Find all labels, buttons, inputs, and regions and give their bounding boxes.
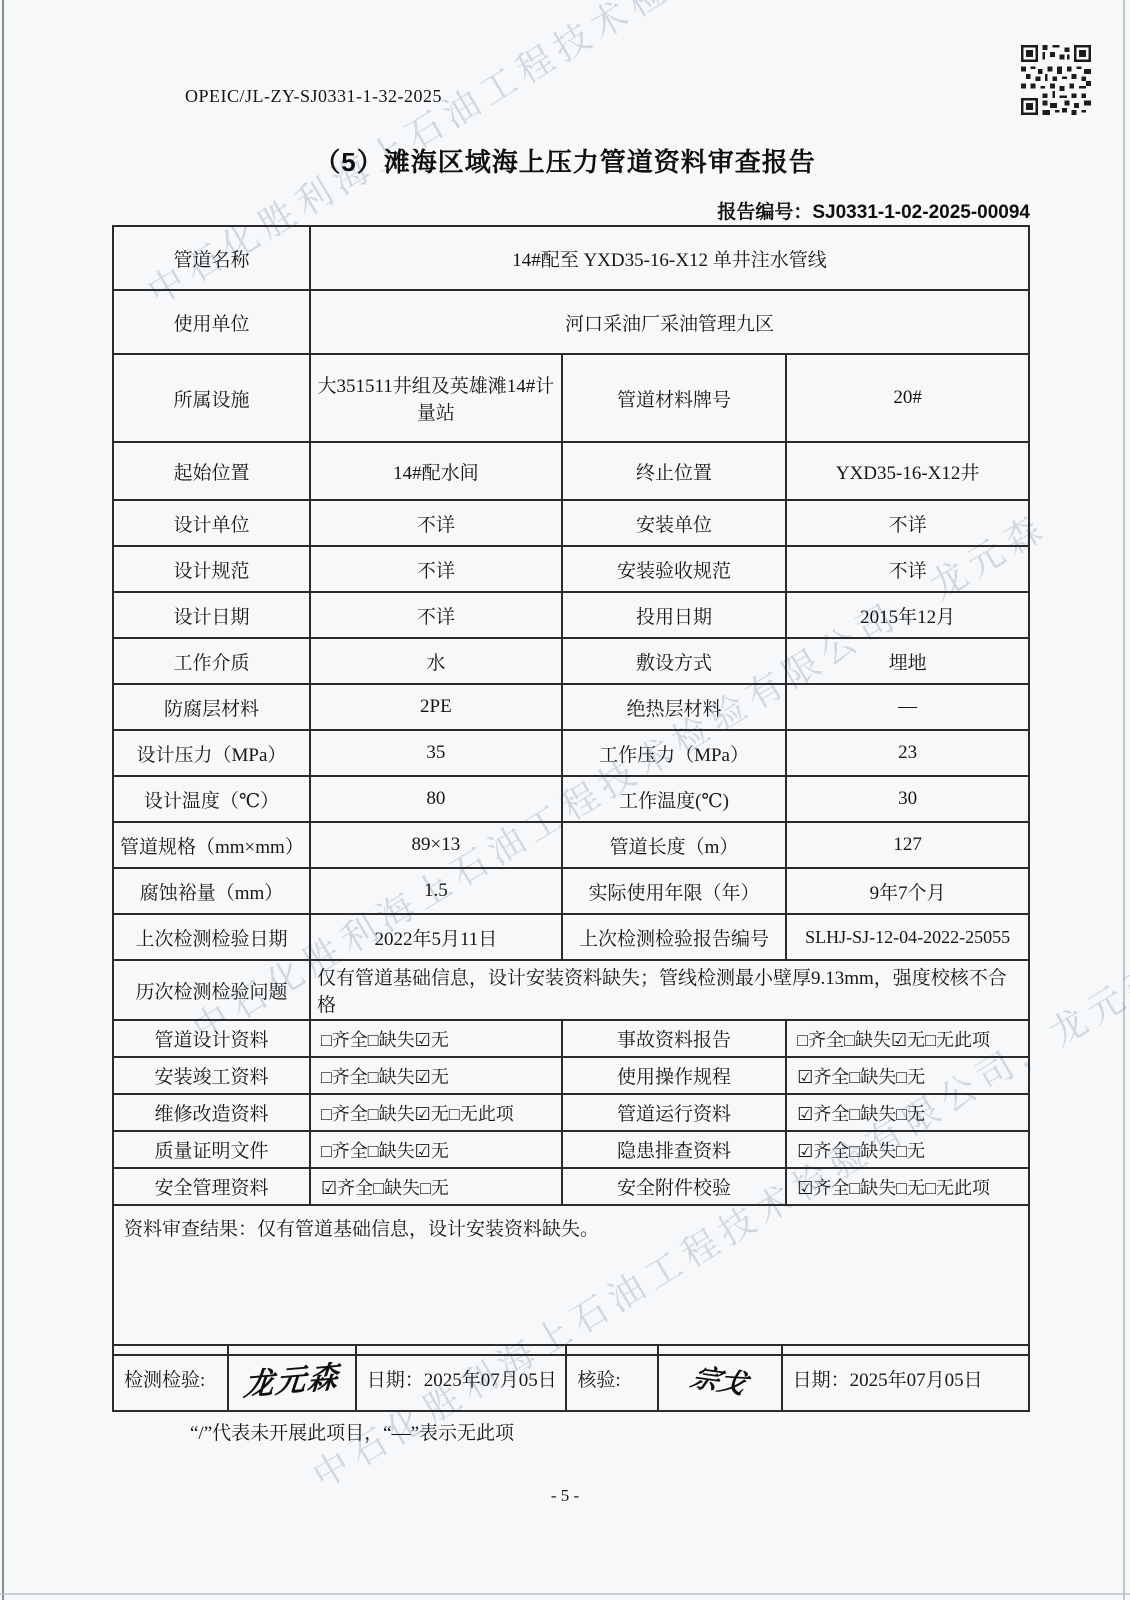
field-label: 管道材料牌号 bbox=[562, 354, 786, 442]
table-row: 资料审查结果：仅有管道基础信息，设计安装资料缺失。 bbox=[113, 1205, 1029, 1355]
checkbox-group: ☑齐全□缺失□无□无此项 bbox=[786, 1168, 1029, 1205]
field-value: 14#配水间 bbox=[310, 442, 562, 500]
checkbox-group: □齐全□缺失☑无 bbox=[310, 1020, 562, 1057]
table-row: 质量证明文件 □齐全□缺失☑无 隐患排查资料 ☑齐全□缺失□无 bbox=[113, 1131, 1029, 1168]
checkbox-group: ☑齐全□缺失□无 bbox=[786, 1057, 1029, 1094]
table-row: 设计压力（MPa） 35 工作压力（MPa） 23 bbox=[113, 730, 1029, 776]
field-value: 35 bbox=[310, 730, 562, 776]
field-label: 上次检测检验日期 bbox=[113, 914, 310, 960]
field-label: 使用单位 bbox=[113, 290, 310, 354]
field-label: 管道规格（mm×mm） bbox=[113, 822, 310, 868]
table-row: 起始位置 14#配水间 终止位置 YXD35-16-X12井 bbox=[113, 442, 1029, 500]
field-value: 水 bbox=[310, 638, 562, 684]
field-value: 127 bbox=[786, 822, 1029, 868]
field-value: 河口采油厂采油管理九区 bbox=[310, 290, 1029, 354]
table-row: 历次检测检验问题 仅有管道基础信息，设计安装资料缺失；管线检测最小壁厚9.13m… bbox=[113, 960, 1029, 1020]
page-title: （5）滩海区域海上压力管道资料审查报告 bbox=[0, 142, 1130, 179]
verifier-label: 核验: bbox=[566, 1345, 658, 1411]
checkbox-group: □齐全□缺失☑无□无此项 bbox=[310, 1094, 562, 1131]
field-label: 安全管理资料 bbox=[113, 1168, 310, 1205]
field-label: 设计压力（MPa） bbox=[113, 730, 310, 776]
table-row: 设计温度（℃） 80 工作温度(℃) 30 bbox=[113, 776, 1029, 822]
table-row: 设计单位 不详 安装单位 不详 bbox=[113, 500, 1029, 546]
field-value: SLHJ-SJ-12-04-2022-25055 bbox=[786, 914, 1029, 960]
field-label: 安装单位 bbox=[562, 500, 786, 546]
field-value: 2022年5月11日 bbox=[310, 914, 562, 960]
table-row: 工作介质 水 敷设方式 埋地 bbox=[113, 638, 1029, 684]
field-value: 大351511井组及英雄滩14#计量站 bbox=[310, 354, 562, 442]
table-row: 安全管理资料 ☑齐全□缺失□无 安全附件校验 ☑齐全□缺失□无□无此项 bbox=[113, 1168, 1029, 1205]
checkbox-group: ☑齐全□缺失□无 bbox=[786, 1131, 1029, 1168]
field-value: 埋地 bbox=[786, 638, 1029, 684]
verifier-date: 日期：2025年07月05日 bbox=[782, 1345, 1029, 1411]
document-number: OPEIC/JL-ZY-SJ0331-1-32-2025 bbox=[185, 86, 442, 107]
field-label: 安全附件校验 bbox=[562, 1168, 786, 1205]
table-row: 安装竣工资料 □齐全□缺失☑无 使用操作规程 ☑齐全□缺失□无 bbox=[113, 1057, 1029, 1094]
field-label: 管道设计资料 bbox=[113, 1020, 310, 1057]
field-label: 实际使用年限（年） bbox=[562, 868, 786, 914]
field-value: 20# bbox=[786, 354, 1029, 442]
field-value: 2PE bbox=[310, 684, 562, 730]
field-value: 23 bbox=[786, 730, 1029, 776]
inspector-date: 日期：2025年07月05日 bbox=[356, 1345, 567, 1411]
inspector-signature: 龙元森 bbox=[228, 1345, 356, 1411]
table-row: 设计规范 不详 安装验收规范 不详 bbox=[113, 546, 1029, 592]
field-value: 80 bbox=[310, 776, 562, 822]
table-row: 管道规格（mm×mm） 89×13 管道长度（m） 127 bbox=[113, 822, 1029, 868]
table-row: 防腐层材料 2PE 绝热层材料 — bbox=[113, 684, 1029, 730]
table-row: 使用单位 河口采油厂采油管理九区 bbox=[113, 290, 1029, 354]
field-label: 历次检测检验问题 bbox=[113, 960, 310, 1020]
checkbox-group: □齐全□缺失☑无 bbox=[310, 1131, 562, 1168]
field-label: 防腐层材料 bbox=[113, 684, 310, 730]
field-label: 投用日期 bbox=[562, 592, 786, 638]
pipeline-info-table: 管道名称 14#配至 YXD35-16-X12 单井注水管线 使用单位 河口采油… bbox=[112, 225, 1030, 1356]
verifier-signature: 宗戈 bbox=[658, 1345, 782, 1411]
report-number: 报告编号：SJ0331-1-02-2025-00094 bbox=[112, 197, 1030, 224]
table-row: 管道名称 14#配至 YXD35-16-X12 单井注水管线 bbox=[113, 226, 1029, 290]
scan-edge-bottom bbox=[0, 1593, 1130, 1595]
scan-edge-right bbox=[1123, 0, 1125, 1600]
signature-row: 检测检验: 龙元森 日期：2025年07月05日 核验: 宗戈 日期：2025年… bbox=[113, 1345, 1029, 1411]
field-value: 30 bbox=[786, 776, 1029, 822]
field-label: 质量证明文件 bbox=[113, 1131, 310, 1168]
field-label: 绝热层材料 bbox=[562, 684, 786, 730]
field-label: 安装验收规范 bbox=[562, 546, 786, 592]
field-label: 起始位置 bbox=[113, 442, 310, 500]
field-label: 安装竣工资料 bbox=[113, 1057, 310, 1094]
field-label: 管道长度（m） bbox=[562, 822, 786, 868]
field-label: 设计规范 bbox=[113, 546, 310, 592]
field-label: 隐患排查资料 bbox=[562, 1131, 786, 1168]
table-row: 管道设计资料 □齐全□缺失☑无 事故资料报告 □齐全□缺失☑无□无此项 bbox=[113, 1020, 1029, 1057]
inspector-label: 检测检验: bbox=[113, 1345, 228, 1411]
field-label: 设计日期 bbox=[113, 592, 310, 638]
table-row: 维修改造资料 □齐全□缺失☑无□无此项 管道运行资料 ☑齐全□缺失□无 bbox=[113, 1094, 1029, 1131]
signature-table: 检测检验: 龙元森 日期：2025年07月05日 核验: 宗戈 日期：2025年… bbox=[112, 1344, 1030, 1412]
table-row: 设计日期 不详 投用日期 2015年12月 bbox=[113, 592, 1029, 638]
field-value: 不详 bbox=[786, 546, 1029, 592]
field-label: 敷设方式 bbox=[562, 638, 786, 684]
field-label: 腐蚀裕量（mm） bbox=[113, 868, 310, 914]
field-label: 事故资料报告 bbox=[562, 1020, 786, 1057]
field-value: 仅有管道基础信息，设计安装资料缺失；管线检测最小壁厚9.13mm，强度校核不合格 bbox=[310, 960, 1029, 1020]
field-value: 不详 bbox=[310, 592, 562, 638]
qr-code-icon bbox=[1021, 44, 1091, 116]
field-value: 2015年12月 bbox=[786, 592, 1029, 638]
field-label: 设计温度（℃） bbox=[113, 776, 310, 822]
field-value: 不详 bbox=[310, 546, 562, 592]
scan-edge-left bbox=[2, 0, 4, 1600]
handwritten-signature: 宗戈 bbox=[686, 1356, 755, 1401]
field-label: 工作介质 bbox=[113, 638, 310, 684]
checkbox-group: □齐全□缺失☑无□无此项 bbox=[786, 1020, 1029, 1057]
field-value: 1.5 bbox=[310, 868, 562, 914]
field-label: 设计单位 bbox=[113, 500, 310, 546]
field-label: 管道运行资料 bbox=[562, 1094, 786, 1131]
field-label: 上次检测检验报告编号 bbox=[562, 914, 786, 960]
page-number: - 5 - bbox=[0, 1486, 1130, 1506]
field-label: 终止位置 bbox=[562, 442, 786, 500]
table-row: 上次检测检验日期 2022年5月11日 上次检测检验报告编号 SLHJ-SJ-1… bbox=[113, 914, 1029, 960]
handwritten-signature: 龙元森 bbox=[242, 1352, 342, 1405]
field-value: 不详 bbox=[786, 500, 1029, 546]
field-label: 使用操作规程 bbox=[562, 1057, 786, 1094]
field-value: 不详 bbox=[310, 500, 562, 546]
field-value: 9年7个月 bbox=[786, 868, 1029, 914]
field-label: 工作压力（MPa） bbox=[562, 730, 786, 776]
checkbox-group: ☑齐全□缺失□无 bbox=[310, 1168, 562, 1205]
field-value: 89×13 bbox=[310, 822, 562, 868]
table-row: 所属设施 大351511井组及英雄滩14#计量站 管道材料牌号 20# bbox=[113, 354, 1029, 442]
review-result: 资料审查结果：仅有管道基础信息，设计安装资料缺失。 bbox=[113, 1205, 1029, 1355]
field-label: 维修改造资料 bbox=[113, 1094, 310, 1131]
field-label: 管道名称 bbox=[113, 226, 310, 290]
field-label: 所属设施 bbox=[113, 354, 310, 442]
legend-note: “/”代表未开展此项目，“—”表示无此项 bbox=[190, 1418, 514, 1445]
checkbox-group: □齐全□缺失☑无 bbox=[310, 1057, 562, 1094]
field-value: 14#配至 YXD35-16-X12 单井注水管线 bbox=[310, 226, 1029, 290]
field-value: YXD35-16-X12井 bbox=[786, 442, 1029, 500]
table-row: 腐蚀裕量（mm） 1.5 实际使用年限（年） 9年7个月 bbox=[113, 868, 1029, 914]
field-label: 工作温度(℃) bbox=[562, 776, 786, 822]
checkbox-group: ☑齐全□缺失□无 bbox=[786, 1094, 1029, 1131]
field-value: — bbox=[786, 684, 1029, 730]
